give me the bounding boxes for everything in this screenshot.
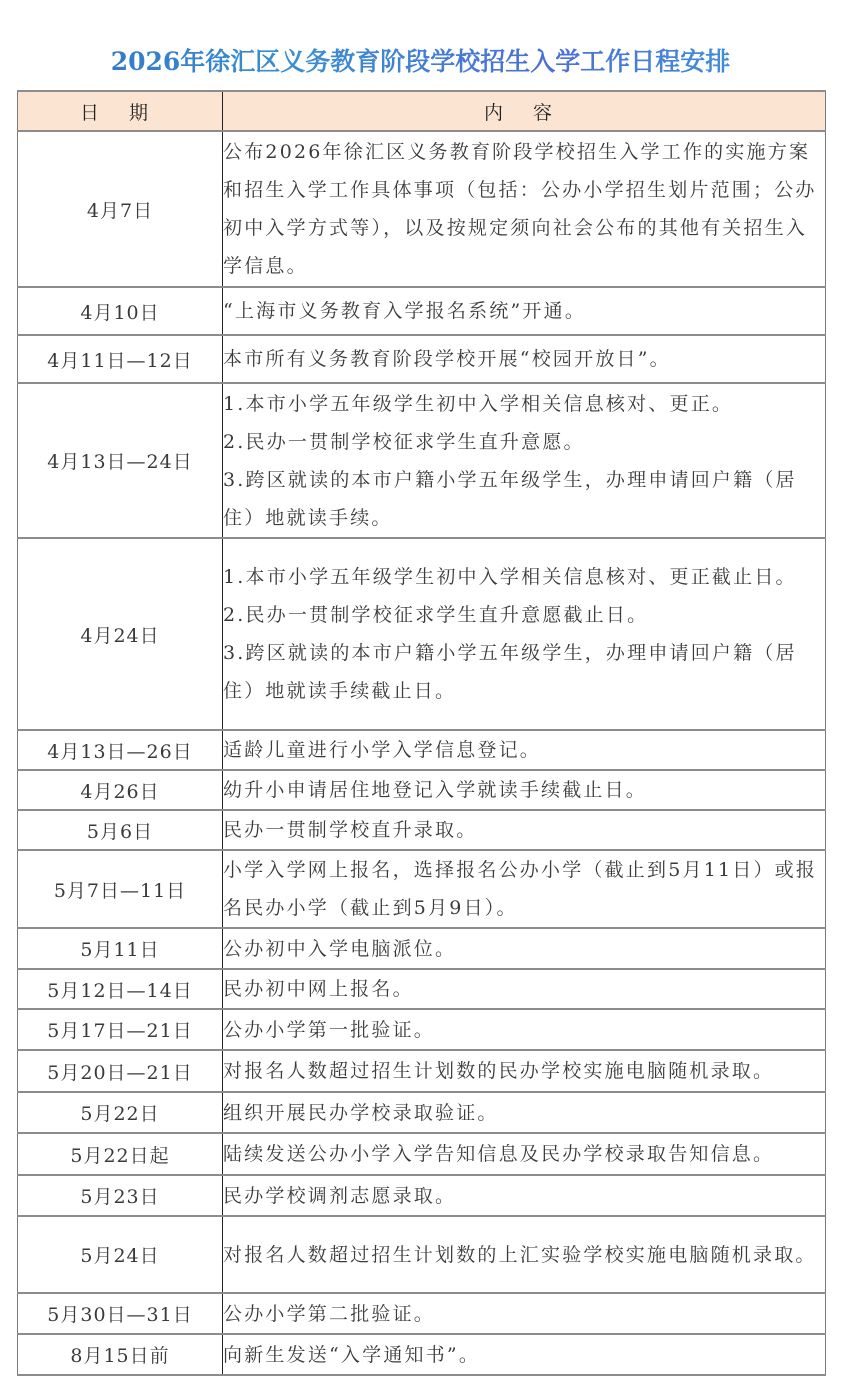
content-line: 公布2026年徐汇区义务教育阶段学校招生入学工作的实施方案和招生入学工作具体事项… (223, 133, 825, 285)
row-content: 小学入学网上报名，选择报名公办小学（截止到5月11日）或报名民办小学（截止到5月… (223, 850, 826, 928)
row-content: 1.本市小学五年级学生初中入学相关信息核对、更正截止日。2.民办一贯制学校征求学… (223, 538, 826, 730)
row-date: 4月26日 (18, 770, 223, 810)
row-date: 5月30日—31日 (18, 1293, 223, 1334)
row-content: 民办初中网上报名。 (223, 969, 826, 1009)
content-line: 2.民办一贯制学校征求学生直升意愿截止日。 (223, 596, 825, 634)
table-row: 8月15日前向新生发送“入学通知书”。 (18, 1334, 826, 1375)
row-content: 民办一贯制学校直升录取。 (223, 810, 826, 850)
content-line: 幼升小申请居住地登记入学就读手续截止日。 (223, 771, 825, 809)
row-content: 公办小学第二批验证。 (223, 1293, 826, 1334)
table-row: 4月10日“上海市义务教育入学报名系统”开通。 (18, 287, 826, 335)
table-row: 5月22日组织开展民办学校录取验证。 (18, 1092, 826, 1133)
content-line: 1.本市小学五年级学生初中入学相关信息核对、更正。 (223, 385, 825, 423)
content-line: 1.本市小学五年级学生初中入学相关信息核对、更正截止日。 (223, 558, 825, 596)
row-content: 1.本市小学五年级学生初中入学相关信息核对、更正。2.民办一贯制学校征求学生直升… (223, 383, 826, 538)
row-content: 幼升小申请居住地登记入学就读手续截止日。 (223, 770, 826, 810)
content-line: 2.民办一贯制学校征求学生直升意愿。 (223, 423, 825, 461)
row-date: 5月20日—21日 (18, 1050, 223, 1092)
table-row: 4月13日—26日适龄儿童进行小学入学信息登记。 (18, 730, 826, 770)
table-row: 4月13日—24日1.本市小学五年级学生初中入学相关信息核对、更正。2.民办一贯… (18, 383, 826, 538)
table-row: 4月11日—12日本市所有义务教育阶段学校开展“校园开放日”。 (18, 335, 826, 383)
table-row: 5月6日民办一贯制学校直升录取。 (18, 810, 826, 850)
content-line: 向新生发送“入学通知书”。 (223, 1336, 825, 1374)
table-header-row: 日 期 内 容 (18, 91, 826, 131)
content-line: 小学入学网上报名，选择报名公办小学（截止到5月11日）或报名民办小学（截止到5月… (223, 851, 825, 927)
row-date: 5月17日—21日 (18, 1009, 223, 1050)
row-date: 5月23日 (18, 1175, 223, 1216)
row-date: 5月24日 (18, 1216, 223, 1293)
row-content: 公办初中入学电脑派位。 (223, 928, 826, 969)
table-row: 5月23日民办学校调剂志愿录取。 (18, 1175, 826, 1216)
row-date: 5月22日 (18, 1092, 223, 1133)
row-content: 公布2026年徐汇区义务教育阶段学校招生入学工作的实施方案和招生入学工作具体事项… (223, 131, 826, 287)
table-row: 5月11日公办初中入学电脑派位。 (18, 928, 826, 969)
table-row: 5月24日对报名人数超过招生计划数的上汇实验学校实施电脑随机录取。 (18, 1216, 826, 1293)
row-content: 适龄儿童进行小学入学信息登记。 (223, 730, 826, 770)
content-line: 公办小学第二批验证。 (223, 1295, 825, 1333)
row-content: 对报名人数超过招生计划数的上汇实验学校实施电脑随机录取。 (223, 1216, 826, 1293)
table-row: 5月22日起陆续发送公办小学入学告知信息及民办学校录取告知信息。 (18, 1133, 826, 1175)
content-line: 本市所有义务教育阶段学校开展“校园开放日”。 (223, 340, 825, 378)
content-line: “上海市义务教育入学报名系统”开通。 (223, 292, 825, 330)
content-line: 民办一贯制学校直升录取。 (223, 811, 825, 849)
content-line: 3.跨区就读的本市户籍小学五年级学生，办理申请回户籍（居住）地就读手续截止日。 (223, 634, 825, 710)
row-content: 组织开展民办学校录取验证。 (223, 1092, 826, 1133)
content-line: 公办小学第一批验证。 (223, 1011, 825, 1049)
table-row: 5月20日—21日对报名人数超过招生计划数的民办学校实施电脑随机录取。 (18, 1050, 826, 1092)
row-date: 4月13日—26日 (18, 730, 223, 770)
row-date: 5月12日—14日 (18, 969, 223, 1009)
row-date: 4月24日 (18, 538, 223, 730)
content-line: 民办初中网上报名。 (223, 970, 825, 1008)
row-date: 5月7日—11日 (18, 850, 223, 928)
table-row: 4月24日1.本市小学五年级学生初中入学相关信息核对、更正截止日。2.民办一贯制… (18, 538, 826, 730)
content-line: 陆续发送公办小学入学告知信息及民办学校录取告知信息。 (223, 1135, 825, 1173)
content-line: 民办学校调剂志愿录取。 (223, 1177, 825, 1215)
table-row: 4月7日公布2026年徐汇区义务教育阶段学校招生入学工作的实施方案和招生入学工作… (18, 131, 826, 287)
row-content: 公办小学第一批验证。 (223, 1009, 826, 1050)
content-line: 公办初中入学电脑派位。 (223, 930, 825, 968)
row-date: 4月7日 (18, 131, 223, 287)
table-row: 5月30日—31日公办小学第二批验证。 (18, 1293, 826, 1334)
table-row: 5月7日—11日小学入学网上报名，选择报名公办小学（截止到5月11日）或报名民办… (18, 850, 826, 928)
row-content: 对报名人数超过招生计划数的民办学校实施电脑随机录取。 (223, 1050, 826, 1092)
table-row: 5月17日—21日公办小学第一批验证。 (18, 1009, 826, 1050)
row-date: 4月10日 (18, 287, 223, 335)
table-row: 4月26日幼升小申请居住地登记入学就读手续截止日。 (18, 770, 826, 810)
page-title: 2026年徐汇区义务教育阶段学校招生入学工作日程安排 (0, 40, 841, 84)
table-row: 5月12日—14日民办初中网上报名。 (18, 969, 826, 1009)
content-line: 适龄儿童进行小学入学信息登记。 (223, 731, 825, 769)
row-date: 5月11日 (18, 928, 223, 969)
row-content: 向新生发送“入学通知书”。 (223, 1334, 826, 1375)
row-content: 本市所有义务教育阶段学校开展“校园开放日”。 (223, 335, 826, 383)
row-date: 5月22日起 (18, 1133, 223, 1175)
content-line: 3.跨区就读的本市户籍小学五年级学生，办理申请回户籍（居住）地就读手续。 (223, 461, 825, 537)
row-date: 4月11日—12日 (18, 335, 223, 383)
row-date: 4月13日—24日 (18, 383, 223, 538)
header-content: 内 容 (223, 91, 826, 131)
row-date: 5月6日 (18, 810, 223, 850)
row-content: 陆续发送公办小学入学告知信息及民办学校录取告知信息。 (223, 1133, 826, 1175)
content-line: 对报名人数超过招生计划数的民办学校实施电脑随机录取。 (223, 1052, 825, 1090)
row-content: 民办学校调剂志愿录取。 (223, 1175, 826, 1216)
table-body: 4月7日公布2026年徐汇区义务教育阶段学校招生入学工作的实施方案和招生入学工作… (18, 131, 826, 1375)
schedule-table: 日 期 内 容 4月7日公布2026年徐汇区义务教育阶段学校招生入学工作的实施方… (17, 90, 826, 1376)
content-line: 组织开展民办学校录取验证。 (223, 1094, 825, 1132)
row-content: “上海市义务教育入学报名系统”开通。 (223, 287, 826, 335)
header-date: 日 期 (18, 91, 223, 131)
content-line: 对报名人数超过招生计划数的上汇实验学校实施电脑随机录取。 (223, 1236, 825, 1274)
row-date: 8月15日前 (18, 1334, 223, 1375)
